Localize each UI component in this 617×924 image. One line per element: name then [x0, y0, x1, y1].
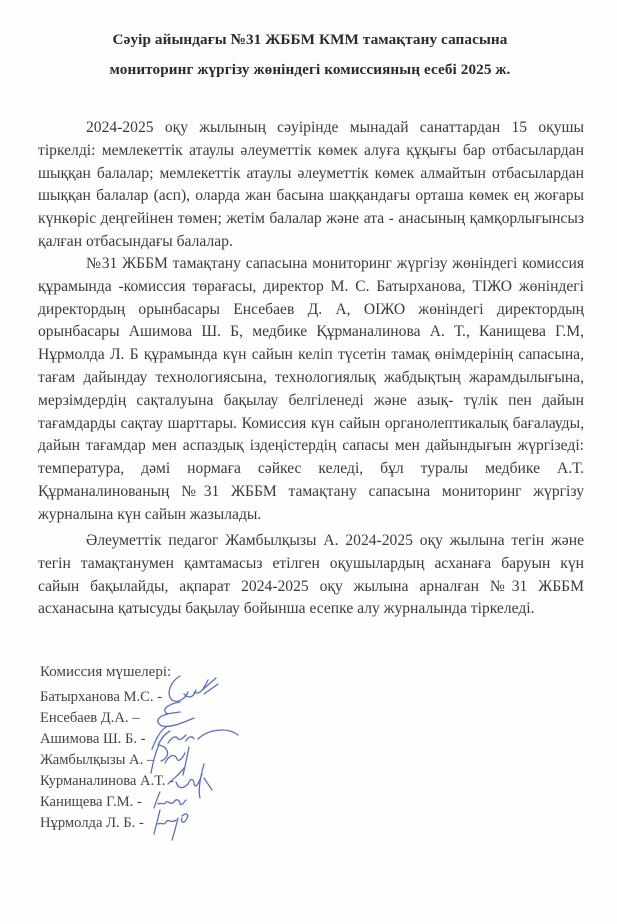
- member-name: Жамбылқызы А. –: [40, 752, 154, 769]
- document-title-line-1: Сәуір айындағы №31 ЖББМ КММ тамақтану са…: [60, 31, 560, 49]
- document-page: Сәуір айындағы №31 ЖББМ КММ тамақтану са…: [0, 0, 617, 924]
- member-name: Нұрмолда Л. Б. -: [40, 815, 144, 832]
- member-name: Ашимова Ш. Б. -: [40, 731, 146, 748]
- member-name: Енсебаев Д.А. –: [40, 710, 140, 727]
- members-heading: Комиссия мүшелері:: [40, 664, 171, 681]
- member-name: Канищева Г.М. -: [40, 794, 142, 811]
- document-title-line-2: мониторинг жүргізу жөніндегі комиссияның…: [60, 61, 560, 79]
- signature-icon: [148, 806, 208, 840]
- member-name: Батырханова М.С. -: [40, 689, 162, 706]
- paragraph-commission-composition: №31 ЖББМ тамақтану сапасына мониторинг ж…: [38, 253, 584, 527]
- paragraph-student-categories: 2024-2025 оқу жылының сәуірінде мынадай …: [38, 117, 584, 254]
- paragraph-social-pedagogue: Әлеуметтік педагог Жамбылқызы А. 2024-20…: [38, 530, 584, 621]
